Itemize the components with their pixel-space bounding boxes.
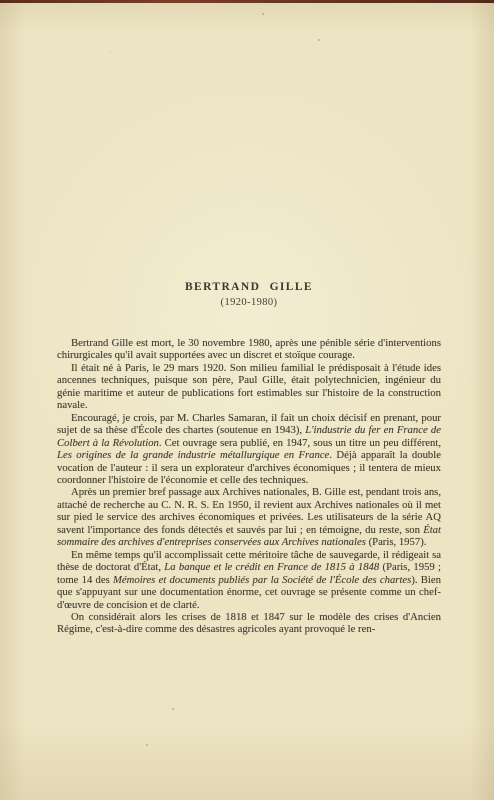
paragraph: Encouragé, je crois, par M. Charles Sama…	[57, 412, 441, 487]
work-title-italic: Les origines de la grande industrie méta…	[57, 449, 329, 461]
work-title-italic: Mémoires et documents publiés par la Soc…	[113, 574, 411, 586]
text-segment: On considérait alors les crises de 1818 …	[57, 611, 441, 635]
scanned-page: BERTRAND GILLE (1920-1980) Bertrand Gill…	[0, 0, 494, 800]
paragraph: Il était né à Paris, le 29 mars 1920. So…	[57, 362, 441, 412]
text-segment: Bertrand Gille est mort, le 30 novembre …	[57, 337, 441, 361]
text-segment: (Paris, 1957).	[366, 536, 427, 548]
paragraph: En même temps qu'il accomplissait cette …	[57, 549, 441, 611]
text-segment: Il était né à Paris, le 29 mars 1920. So…	[57, 362, 441, 411]
obituary-article: BERTRAND GILLE (1920-1980) Bertrand Gill…	[57, 0, 441, 800]
text-segment: Après un premier bref passage aux Archiv…	[57, 486, 441, 535]
article-body: Bertrand Gille est mort, le 30 novembre …	[57, 337, 441, 636]
work-title-italic: La banque et le crédit en France de 1815…	[164, 561, 379, 573]
text-segment: . Cet ouvrage sera publié, en 1947, sous…	[159, 437, 441, 449]
paragraph: Après un premier bref passage aux Archiv…	[57, 486, 441, 548]
article-subtitle: (1920-1980)	[57, 297, 441, 309]
paragraph: On considérait alors les crises de 1818 …	[57, 611, 441, 636]
article-title: BERTRAND GILLE	[57, 281, 441, 294]
paragraph: Bertrand Gille est mort, le 30 novembre …	[57, 337, 441, 362]
